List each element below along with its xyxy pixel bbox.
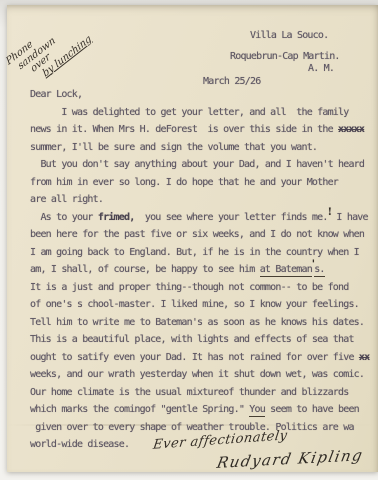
body-line: summer, I'll be sure and sign the volume… xyxy=(30,139,378,157)
typed-text: seem to have been xyxy=(265,404,359,415)
pen-apostrophe-mark: ' xyxy=(312,259,314,270)
paper-crease xyxy=(7,424,378,426)
body-line: am, I shall, of course, be happy to see … xyxy=(30,261,378,279)
typed-text: of one's s chool-master. I liked mine, s… xyxy=(30,299,359,310)
body-line: I was delighted to get your letter, and … xyxy=(30,104,378,122)
typed-text: As to your xyxy=(30,212,98,223)
typed-text: are all right. xyxy=(30,194,103,205)
pen-exclamation-mark: ! xyxy=(328,207,332,218)
typed-text: news in it. When Mrs H. deForest is over… xyxy=(30,124,338,135)
letterhead-address-line1: Villa La Souco. xyxy=(250,30,328,41)
salutation: Dear Lock, xyxy=(30,86,378,104)
body-line: been here for the past five or six weeks… xyxy=(30,226,378,244)
body-line: Our home climate is the usual mixtureof … xyxy=(30,384,378,402)
body-line: which marks the comingof "gentle Spring.… xyxy=(30,401,378,419)
typed-text: I have xyxy=(331,212,368,223)
body-line: news in it. When Mrs H. deForest is over… xyxy=(30,121,378,139)
body-line: from him in ever so long. I do hope that… xyxy=(30,174,378,192)
typed-text: It is a just and proper thing--though no… xyxy=(30,282,348,293)
body-line: But you don't say anything about your Da… xyxy=(30,156,378,174)
body-line: of one's s chool-master. I liked mine, s… xyxy=(30,296,378,314)
body-line: Tell him to write me to Bateman's as soo… xyxy=(30,314,378,332)
body-line: This is a beautiful place, with lights a… xyxy=(30,331,378,349)
typed-text: ought to satify even your Dad. It has no… xyxy=(30,352,359,363)
body-line: It is a just and proper thing--though no… xyxy=(30,279,378,297)
pen-underlined-text: at Bateman xyxy=(260,264,312,277)
body-line: ought to satify even your Dad. It has no… xyxy=(30,349,378,367)
scanned-letter-page: Phone sandown over by lunching Villa La … xyxy=(0,0,378,480)
body-line: As to your frimed, you see where your le… xyxy=(30,209,378,227)
typed-text: weeks, and our wrath yesterday when it s… xyxy=(30,369,364,380)
pen-underlined-text: s. xyxy=(314,264,324,277)
body-line: weeks, and our wrath yesterday when it s… xyxy=(30,366,378,384)
body-line: I am going back to England. But, if he i… xyxy=(30,244,378,262)
handwritten-note: Phone sandown over by lunching xyxy=(5,6,93,95)
typed-text: been here for the past five or six weeks… xyxy=(30,229,364,240)
typed-text: I was delighted to get your letter, and … xyxy=(30,107,348,118)
typed-text: world-wide disease. xyxy=(30,439,129,450)
typed-text: I am going back to England. But, if he i… xyxy=(30,247,359,258)
typed-text: from him in ever so long. I do hope that… xyxy=(30,177,338,188)
body-lines-container: I was delighted to get your letter, and … xyxy=(30,104,378,454)
letter-body: Dear Lock, I was delighted to get your l… xyxy=(30,86,378,454)
struck-out-text: xxxxx xyxy=(338,124,364,135)
typed-text: But you don't say anything about your Da… xyxy=(30,159,364,170)
overtyped-word: frimed, xyxy=(98,212,135,223)
struck-out-text: xx xyxy=(359,352,369,363)
letterhead-address-line3: A. M. xyxy=(308,63,334,74)
pen-underlined-text: You xyxy=(249,404,265,417)
body-line: are all right. xyxy=(30,191,378,209)
typed-text: you see where your letter finds me. xyxy=(134,212,327,223)
letterhead-address-line2: Roquebrun-Cap Martin. xyxy=(230,51,340,62)
typed-text: am, I shall, of course, be happy to see … xyxy=(30,264,260,275)
typed-text: This is a beautiful place, with lights a… xyxy=(30,334,354,345)
typed-text: Tell him to write me to Bateman's as soo… xyxy=(30,317,364,328)
typed-text: summer, I'll be sure and sign the volume… xyxy=(30,142,317,153)
typed-text: Our home climate is the usual mixtureof … xyxy=(30,387,348,398)
typed-text: which marks the comingof "gentle Spring.… xyxy=(30,404,249,415)
paper-sheet: Phone sandown over by lunching Villa La … xyxy=(7,5,378,472)
